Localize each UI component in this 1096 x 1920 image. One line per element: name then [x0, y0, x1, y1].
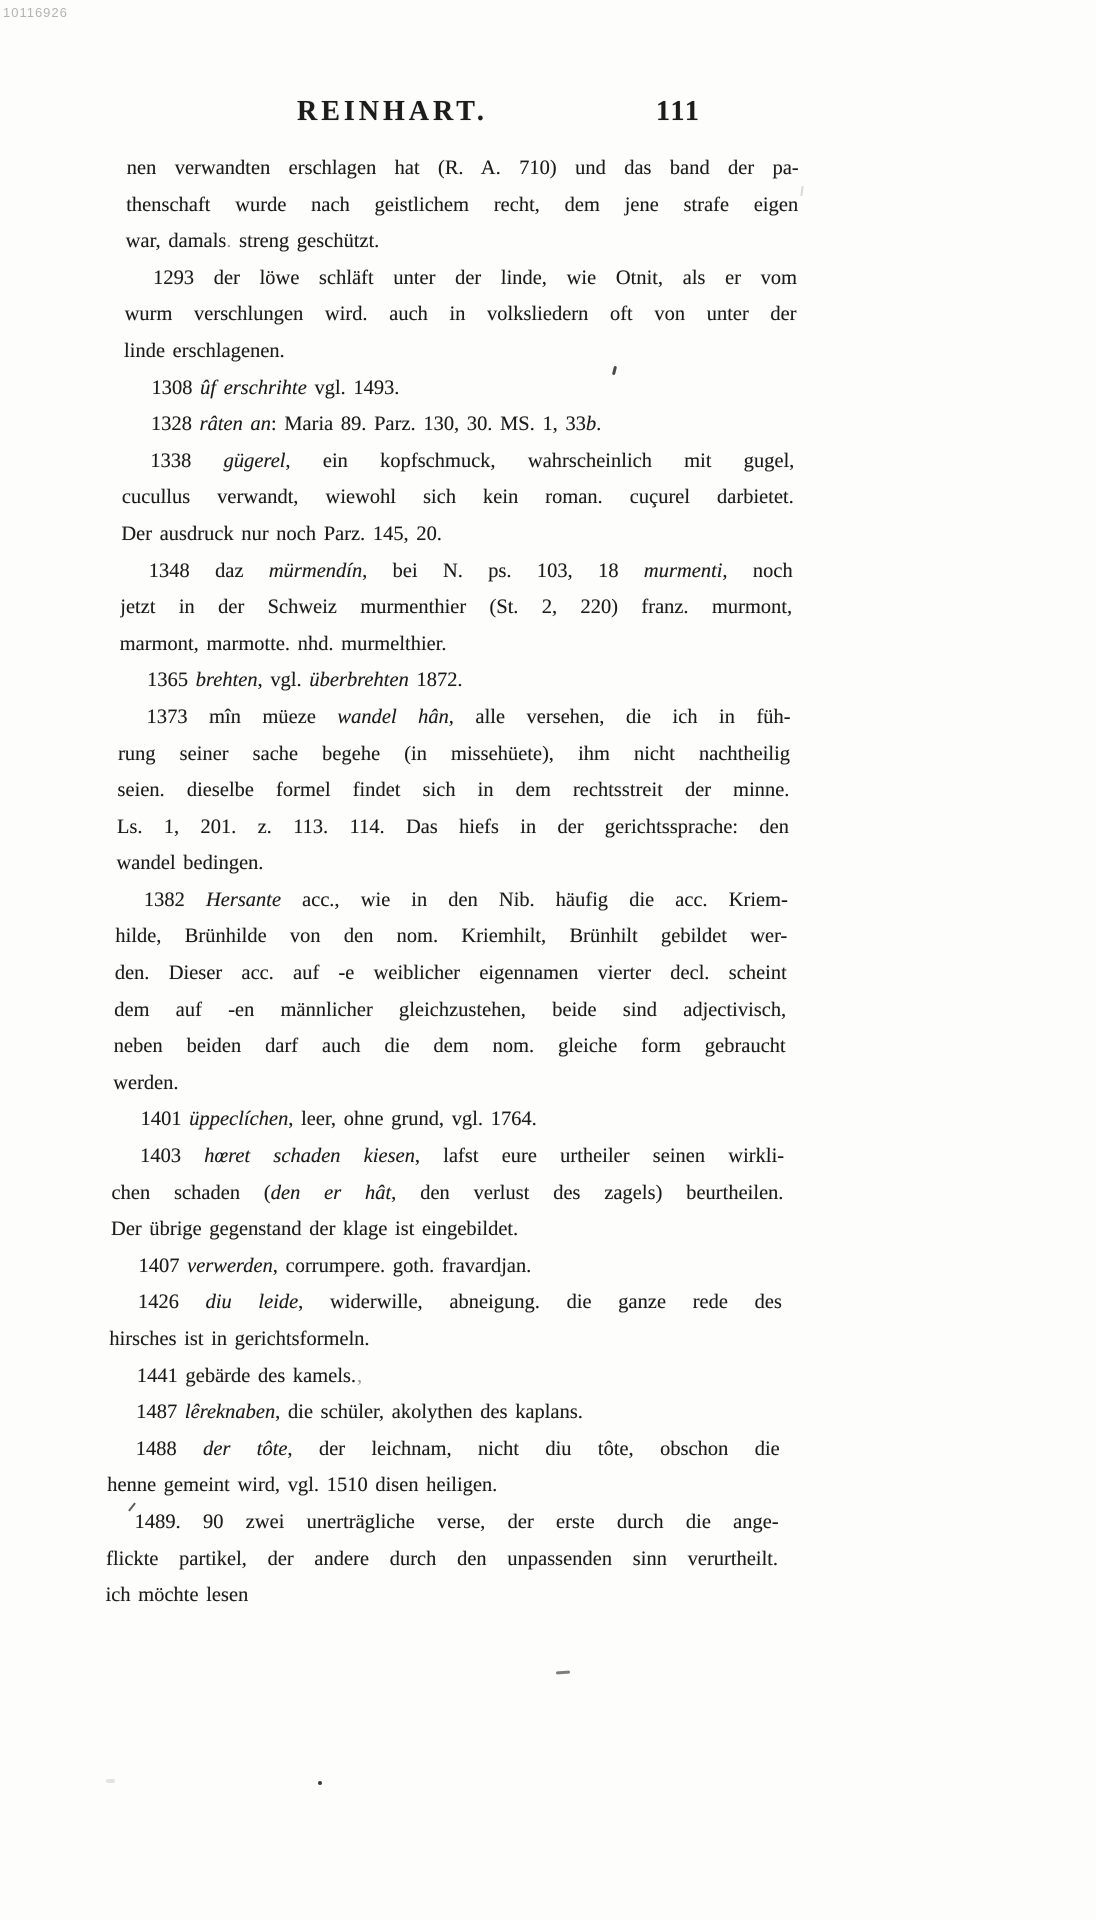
text-segment: den er hât — [271, 1182, 392, 1204]
text-segment: der tôte — [203, 1438, 288, 1460]
text-segment: werden. — [113, 1072, 179, 1094]
text-segment: Der ausdruck nur noch Parz. 145, 20. — [121, 523, 442, 545]
text-segment: chen schaden ( — [111, 1182, 271, 1204]
text-line: 1401 üppeclíchen, leer, ohne grund, vgl.… — [112, 1101, 785, 1138]
text-segment: Ls. 1, 201. z. 113. 114. Das hiefs in de… — [117, 816, 789, 838]
text-segment: wandel bedingen. — [116, 852, 263, 874]
text-segment: 1373 mîn müeze — [146, 706, 337, 728]
text-segment: , der leichnam, nicht diu tôte, obschon … — [287, 1438, 780, 1460]
text-segment: wurm verschlungen wird. auch in volkslie… — [124, 303, 796, 325]
running-head-title: REINHART. — [297, 96, 488, 128]
text-line: 1382 Hersante acc., wie in den Nib. häuf… — [116, 882, 789, 919]
text-line: linde erschlagenen. — [124, 333, 797, 370]
text-segment: , ein kopfschmuck, wahrscheinlich mit gu… — [285, 450, 794, 472]
text-segment: , noch — [722, 560, 793, 582]
scan-speck — [106, 1779, 115, 1783]
text-line: dem auf -en männlicher gleichzustehen, b… — [114, 992, 787, 1029]
text-segment: cucullus verwandt, wiewohl sich kein rom… — [122, 486, 794, 508]
text-segment: , widerwille, abneigung. die ganze rede … — [298, 1291, 782, 1313]
text-line: Der übrige gegenstand der klage ist eing… — [111, 1211, 784, 1248]
text-segment: thenschaft wurde nach geistlichem recht,… — [126, 194, 798, 216]
text-segment: , vgl. — [257, 669, 309, 691]
text-segment: ‚ — [356, 1365, 363, 1387]
text-segment: überbrehten — [309, 669, 409, 691]
text-segment: 1487 — [136, 1401, 185, 1423]
text-segment: . — [596, 413, 601, 435]
text-line: hilde, Brünhilde von den nom. Kriemhilt,… — [115, 918, 788, 955]
text-segment: Der übrige gegenstand der klage ist eing… — [111, 1218, 519, 1240]
text-line: henne gemeint wird, vgl. 1510 disen heil… — [107, 1467, 780, 1504]
text-segment: 1348 daz — [149, 560, 269, 582]
running-head: REINHART. 111 — [0, 96, 1096, 136]
page-number: 111 — [656, 96, 701, 128]
text-segment: , lafst eure urtheiler seinen wirkli- — [415, 1145, 784, 1167]
text-segment: : Maria 89. Parz. 130, 30. MS. 1, 33 — [271, 413, 586, 435]
text-segment: gügerel — [223, 450, 285, 472]
text-block: nen verwandten erschlagen hat (R. A. 710… — [105, 150, 799, 1614]
text-segment: jetzt in der Schweiz murmenthier (St. 2,… — [120, 596, 792, 618]
text-line: 1348 daz mürmendín, bei N. ps. 103, 18 m… — [120, 553, 793, 590]
text-line: wurm verschlungen wird. auch in volkslie… — [124, 296, 797, 333]
text-segment: streng geschützt. — [231, 230, 379, 252]
text-line: 1328 râten an: Maria 89. Parz. 130, 30. … — [123, 406, 796, 443]
text-segment: hilde, Brünhilde von den nom. Kriemhilt,… — [115, 925, 787, 947]
text-segment: hœret schaden kiesen — [204, 1145, 415, 1167]
text-line: cucullus verwandt, wiewohl sich kein rom… — [122, 479, 795, 516]
text-segment: neben beiden darf auch die dem nom. glei… — [114, 1035, 786, 1057]
text-segment: seien. dieselbe formel findet sich in de… — [117, 779, 789, 801]
text-line: Der ausdruck nur noch Parz. 145, 20. — [121, 516, 794, 553]
text-segment: murmenti — [644, 560, 723, 582]
text-segment: mürmendín — [269, 560, 363, 582]
text-line: Ls. 1, 201. z. 113. 114. Das hiefs in de… — [117, 809, 790, 846]
text-segment: linde erschlagenen. — [124, 340, 285, 362]
text-line: hirsches ist in gerichtsformeln. — [109, 1321, 782, 1358]
text-segment: 1401 — [140, 1108, 189, 1130]
text-line: werden. — [113, 1065, 786, 1102]
text-segment: den. Dieser acc. auf -e weiblicher eigen… — [115, 962, 787, 984]
text-segment: war, damals — [125, 230, 226, 252]
text-segment: üppeclíchen — [189, 1108, 288, 1130]
text-segment: verwerden — [187, 1255, 273, 1277]
text-line: seien. dieselbe formel findet sich in de… — [117, 772, 790, 809]
text-segment: , alle versehen, die ich in füh- — [449, 706, 791, 728]
text-line: jetzt in der Schweiz murmenthier (St. 2,… — [120, 589, 793, 626]
text-line: wandel bedingen. — [116, 845, 789, 882]
text-line: rung seiner sache begehe (in missehüete)… — [118, 736, 791, 773]
text-line: nen verwandten erschlagen hat (R. A. 710… — [126, 150, 799, 187]
text-line: 1338 gügerel, ein kopfschmuck, wahrschei… — [122, 443, 795, 480]
text-segment: acc., wie in den Nib. häufig die acc. Kr… — [281, 889, 788, 911]
text-segment: Hersante — [206, 889, 281, 911]
text-line: ich möchte lesen — [105, 1577, 778, 1614]
text-segment: 1403 — [140, 1145, 204, 1167]
text-line: 1488 der tôte, der leichnam, nicht diu t… — [107, 1431, 780, 1468]
text-segment: brehten — [196, 669, 258, 691]
text-segment: 1328 — [151, 413, 200, 435]
text-line: 1407 verwerden, corrumpere. goth. fravar… — [110, 1248, 783, 1285]
scan-speck — [556, 1671, 570, 1675]
text-segment: 1426 — [138, 1291, 206, 1313]
text-line: 1403 hœret schaden kiesen, lafst eure ur… — [112, 1138, 785, 1175]
text-segment: 1293 der löwe schläft unter der linde, w… — [153, 267, 797, 289]
scan-speck — [800, 186, 803, 196]
text-segment: , corrumpere. goth. fravardjan. — [273, 1255, 532, 1277]
text-line: thenschaft wurde nach geistlichem recht,… — [126, 187, 799, 224]
text-segment: hirsches ist in gerichtsformeln. — [109, 1328, 370, 1350]
text-line: flickte partikel, der andere durch den u… — [106, 1541, 779, 1578]
text-segment: 1365 — [147, 669, 196, 691]
text-segment: 1489. 90 zwei unerträgliche verse, der e… — [134, 1511, 778, 1533]
scan-corner-id: 10116926 — [3, 5, 68, 20]
text-segment: râten an — [199, 413, 271, 435]
scanned-book-page: 10116926 REINHART. 111 nen verwandten er… — [0, 0, 1096, 1920]
text-segment: flickte partikel, der andere durch den u… — [106, 1548, 778, 1570]
text-segment: nen verwandten erschlagen hat (R. A. 710… — [127, 157, 799, 179]
text-line: 1308 ûf erschrihte vgl. 1493. — [123, 370, 796, 407]
text-segment: ich möchte lesen — [105, 1584, 248, 1606]
text-segment: henne gemeint wird, vgl. 1510 disen heil… — [107, 1474, 498, 1496]
text-segment: diu leide — [205, 1291, 298, 1313]
text-line: 1487 lêreknaben, die schüler, akolythen … — [108, 1394, 781, 1431]
text-segment: rung seiner sache begehe (in missehüete)… — [118, 743, 790, 765]
text-line: 1489. 90 zwei unerträgliche verse, der e… — [106, 1504, 779, 1541]
text-line: 1426 diu leide, widerwille, abneigung. d… — [110, 1284, 783, 1321]
text-line: den. Dieser acc. auf -e weiblicher eigen… — [115, 955, 788, 992]
text-segment: 1441 gebärde des kamels. — [137, 1365, 357, 1387]
text-segment: marmont, marmotte. nhd. murmelthier. — [120, 633, 447, 655]
text-segment: 1488 — [136, 1438, 204, 1460]
text-segment: , die schüler, akolythen des kaplans. — [275, 1401, 583, 1423]
text-line: 1373 mîn müeze wandel hân, alle versehen… — [118, 699, 791, 736]
text-segment: dem auf -en männlicher gleichzustehen, b… — [114, 999, 786, 1021]
text-segment: ûf erschrihte — [200, 377, 307, 399]
text-segment: wandel hân — [337, 706, 449, 728]
text-segment: b — [586, 413, 597, 435]
text-segment: 1382 — [144, 889, 206, 911]
text-line: 1365 brehten, vgl. überbrehten 1872. — [119, 662, 792, 699]
scan-speck — [318, 1781, 322, 1785]
text-segment: , leer, ohne grund, vgl. 1764. — [288, 1108, 537, 1130]
text-line: war, damals. streng geschützt. — [125, 223, 798, 260]
text-line: neben beiden darf auch die dem nom. glei… — [113, 1028, 786, 1065]
text-segment: 1407 — [138, 1255, 187, 1277]
text-line: chen schaden (den er hât, den verlust de… — [111, 1175, 784, 1212]
text-line: 1441 gebärde des kamels.‚ — [109, 1358, 782, 1395]
text-line: 1293 der löwe schläft unter der linde, w… — [125, 260, 798, 297]
text-segment: , den verlust des zagels) beurtheilen. — [391, 1182, 784, 1204]
text-segment: , bei N. ps. 103, 18 — [362, 560, 644, 582]
text-segment: 1338 — [150, 450, 224, 472]
text-segment: vgl. 1493. — [307, 377, 400, 399]
text-line: marmont, marmotte. nhd. murmelthier. — [119, 626, 792, 663]
text-segment: 1308 — [151, 377, 200, 399]
text-segment: 1872. — [409, 669, 463, 691]
text-segment: lêreknaben — [185, 1401, 276, 1423]
